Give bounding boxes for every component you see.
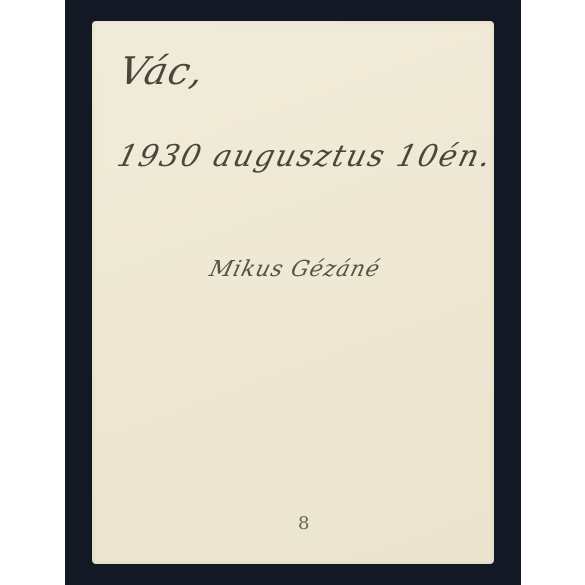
handwritten-place: Vác, <box>115 49 208 93</box>
handwritten-number: 8 <box>298 513 310 534</box>
handwritten-date: 1930 augusztus 10én. <box>114 139 497 174</box>
photo-back-card: Vác, 1930 augusztus 10én. Mikus Gézáné 8 <box>92 21 494 564</box>
handwritten-name: Mikus Gézáné <box>207 257 383 282</box>
